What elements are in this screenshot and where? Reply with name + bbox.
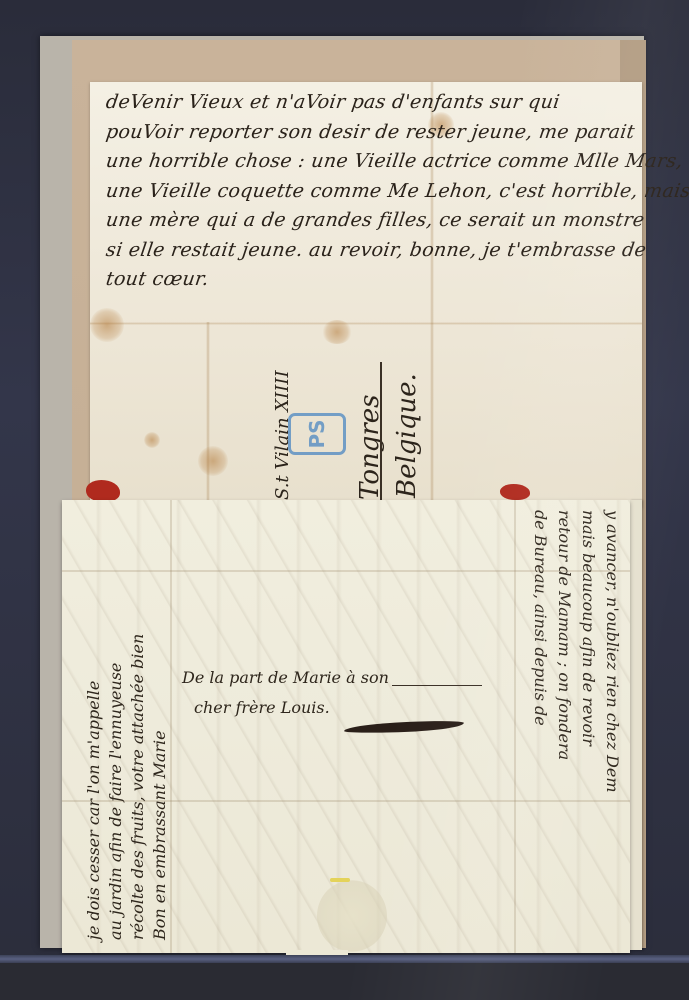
left-column-line: au jardin afin de faire l'ennuyeuse: [106, 663, 125, 940]
body-line: deVenir Vieux et n'aVoir pas d'enfants s…: [104, 88, 638, 118]
right-column-line: y avancer, n'oubliez rien chez Dem: [603, 510, 622, 792]
postmark-stamp: PS: [288, 413, 346, 455]
red-wax-seal: [500, 484, 530, 500]
fold-line: [170, 500, 172, 953]
red-wax-seal: [86, 480, 120, 502]
left-column-line: récolte des fruits, votre attachée bien: [128, 634, 147, 940]
vertical-fold: [206, 322, 210, 507]
body-line: une horrible chose : une Vieille actrice…: [104, 147, 638, 177]
foxing-stain: [144, 432, 160, 448]
right-column-line: mais beaucoup afin de revoir: [579, 510, 598, 746]
right-column-line: de Bureau, ainsi depuis de: [531, 510, 550, 726]
left-column-line: je dois cesser car l'on m'appelle: [84, 681, 103, 940]
seal-imprint: [317, 880, 387, 952]
foxing-stain: [198, 446, 228, 476]
right-column-line: retour de Mamam ; on fondera: [555, 510, 574, 760]
body-line: une Vieille coquette comme Me Lehon, c'e…: [104, 177, 638, 207]
horizontal-fold: [90, 322, 642, 325]
address-underline: [380, 362, 382, 502]
yellow-wax-trace: [330, 878, 350, 882]
address-line-3: Belgique.: [392, 373, 422, 498]
fold-line: [514, 500, 516, 953]
foxing-stain: [90, 308, 124, 342]
lower-letter-edge: [630, 500, 642, 950]
lower-letter: je dois cesser car l'on m'appelle au jar…: [62, 500, 630, 953]
postmark-text: PS: [305, 419, 329, 448]
letter-body: deVenir Vieux et n'aVoir pas d'enfants s…: [106, 88, 636, 295]
body-line: tout cœur.: [104, 265, 638, 295]
left-column-line: Bon en embrassant Marie: [150, 730, 169, 940]
fold-line: [62, 800, 630, 802]
foxing-stain: [322, 320, 352, 344]
address-line: De la part de Marie à son: [182, 668, 389, 687]
address-line: cher frère Louis.: [194, 698, 330, 717]
body-line: pouVoir reporter son desir de rester jeu…: [104, 118, 638, 148]
body-line: si elle restait jeune. au revoir, bonne,…: [104, 236, 638, 266]
dark-surface: [0, 963, 689, 1000]
body-line: une mère qui a de grandes filles, ce ser…: [104, 206, 638, 236]
address-flourish-line: [392, 685, 482, 686]
plastic-sleeve-edge: [0, 955, 689, 963]
